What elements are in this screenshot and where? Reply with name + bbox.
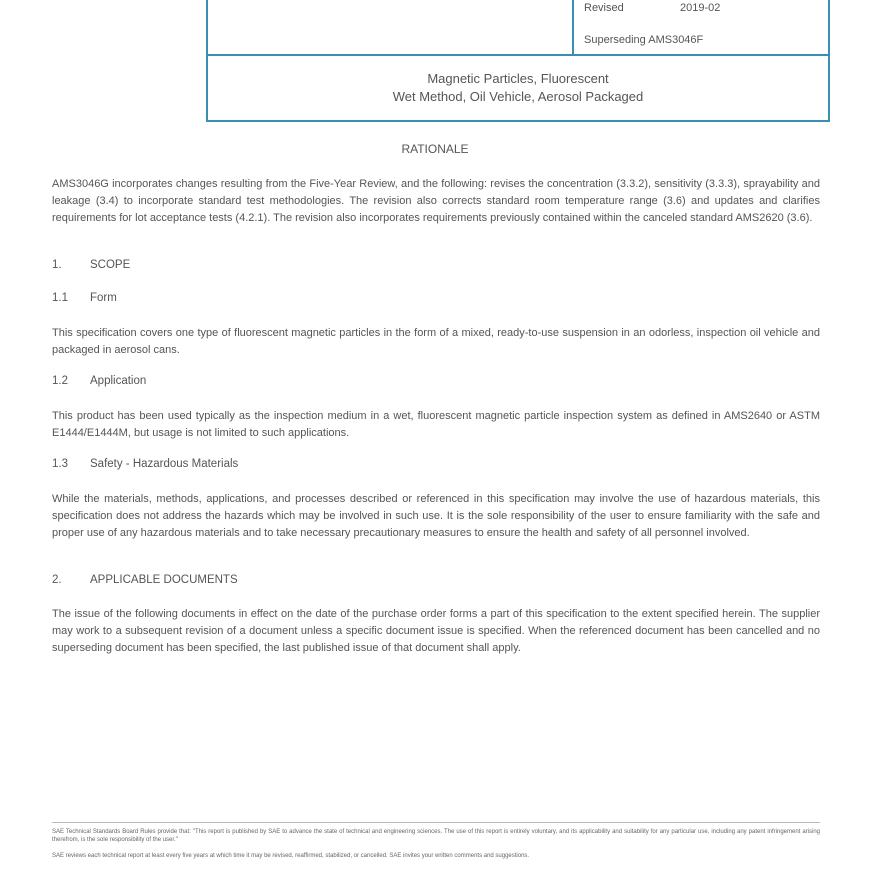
section-1-heading: 1.SCOPE xyxy=(52,259,130,271)
section-1-3-text: While the materials, methods, applicatio… xyxy=(52,491,820,542)
document-title: Magnetic Particles, Fluorescent Wet Meth… xyxy=(208,70,828,106)
superseding-value: AMS3046F xyxy=(648,34,703,46)
rationale-heading: RATIONALE xyxy=(0,142,870,156)
revision-info: Revised2019-02 Superseding AMS3046F xyxy=(572,0,828,54)
section-title: APPLICABLE DOCUMENTS xyxy=(90,574,238,586)
section-title: Application xyxy=(90,375,146,387)
title-line-1: Magnetic Particles, Fluorescent xyxy=(208,70,828,88)
header-top-row: Revised2019-02 Superseding AMS3046F xyxy=(208,0,828,56)
section-title: Form xyxy=(90,292,117,304)
title-line-2: Wet Method, Oil Vehicle, Aerosol Package… xyxy=(208,88,828,106)
footer-notice-2: SAE reviews each technical report at lea… xyxy=(52,852,820,860)
section-1-1-text: This specification covers one type of fl… xyxy=(52,325,820,359)
section-number: 2. xyxy=(52,574,90,586)
section-number: 1. xyxy=(52,259,90,271)
revised-label: Revised xyxy=(584,2,680,14)
superseding-label: Superseding xyxy=(584,34,646,46)
section-2-heading: 2.APPLICABLE DOCUMENTS xyxy=(52,574,238,586)
footer-notice-1: SAE Technical Standards Board Rules prov… xyxy=(52,828,820,844)
section-title: Safety - Hazardous Materials xyxy=(90,458,238,470)
document-header-box: Revised2019-02 Superseding AMS3046F Magn… xyxy=(206,0,830,122)
section-1-1-heading: 1.1Form xyxy=(52,292,117,304)
revised-value: 2019-02 xyxy=(680,2,720,14)
rationale-text: AMS3046G incorporates changes resulting … xyxy=(52,176,820,227)
section-2-text: The issue of the following documents in … xyxy=(52,606,820,657)
revised-row: Revised2019-02 xyxy=(584,2,720,14)
section-title: SCOPE xyxy=(90,259,130,271)
section-number: 1.1 xyxy=(52,292,90,304)
superseding-row: Superseding AMS3046F xyxy=(584,34,703,46)
section-1-3-heading: 1.3Safety - Hazardous Materials xyxy=(52,458,238,470)
section-1-2-heading: 1.2Application xyxy=(52,375,146,387)
section-1-2-text: This product has been used typically as … xyxy=(52,408,820,442)
footer-divider xyxy=(52,822,820,823)
section-number: 1.3 xyxy=(52,458,90,470)
section-number: 1.2 xyxy=(52,375,90,387)
